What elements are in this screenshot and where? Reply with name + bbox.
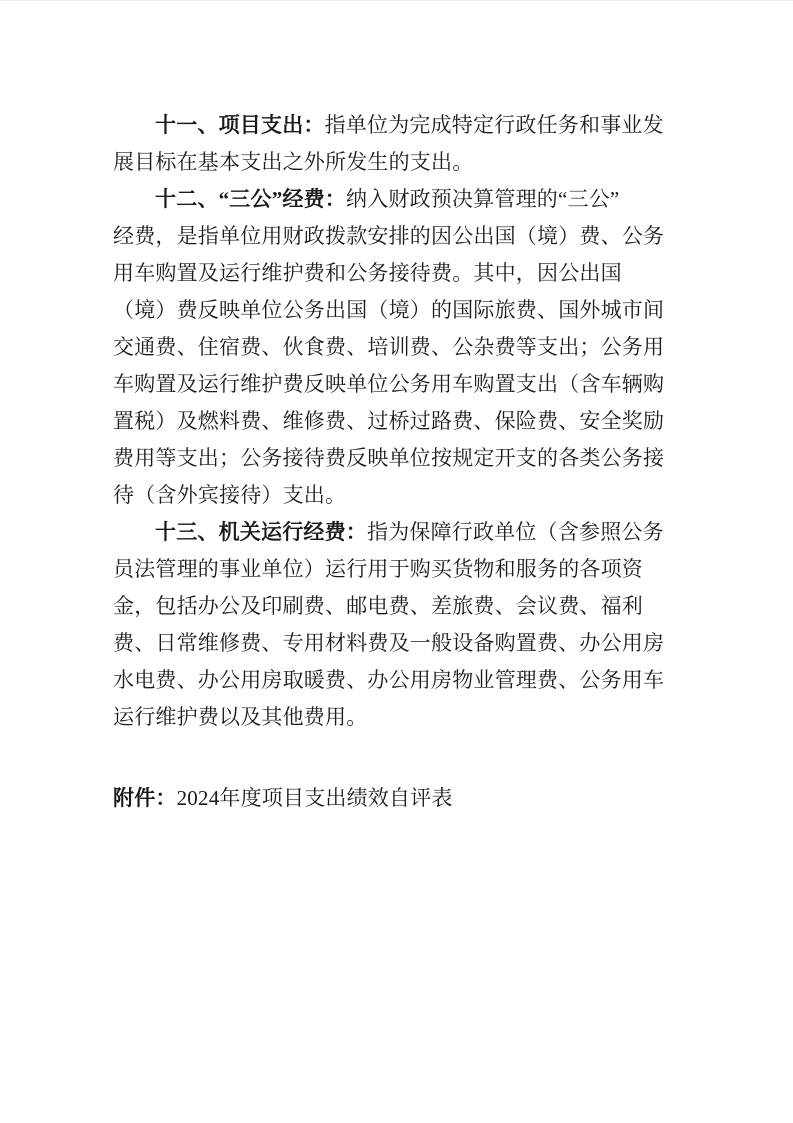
document-line: 运行维护费以及其他费用。 [113, 699, 693, 736]
line-text: 交通费、住宿费、伙食费、培训费、公杂费等支出；公务用 [113, 335, 664, 359]
line-heading: 十二、“三公”经费： [155, 187, 346, 211]
document-line: 交通费、住宿费、伙食费、培训费、公杂费等支出；公务用 [113, 329, 693, 366]
line-heading: 十三、机关运行经费： [155, 520, 367, 544]
document-line: 费用等支出；公务接待费反映单位按规定开支的各类公务接 [113, 440, 693, 477]
line-text: 展目标在基本支出之外所发生的支出。 [113, 150, 473, 174]
document-line: 员法管理的事业单位）运行用于购买货物和服务的各项资 [113, 551, 693, 588]
line-text: 置税）及燃料费、维修费、过桥过路费、保险费、安全奖励 [113, 409, 664, 433]
document-line: 置税）及燃料费、维修费、过桥过路费、保险费、安全奖励 [113, 403, 693, 440]
line-text: 待（含外宾接待）支出。 [113, 483, 346, 507]
document-line: 十二、“三公”经费：纳入财政预决算管理的“三公” [113, 181, 693, 218]
line-text: 用车购置及运行维护费和公务接待费。其中，因公出国 [113, 261, 622, 285]
document-line: （境）费反映单位公务出国（境）的国际旅费、国外城市间 [113, 292, 693, 329]
line-heading: 十一、项目支出： [155, 113, 325, 137]
attachment-line: 附件：2024年度项目支出绩效自评表 [113, 780, 693, 817]
document-line: 金，包括办公及印刷费、邮电费、差旅费、会议费、福利 [113, 588, 693, 625]
line-text: 指为保障行政单位（含参照公务 [367, 520, 664, 544]
document-line: 十一、项目支出：指单位为完成特定行政任务和事业发 [113, 107, 693, 144]
line-text: 水电费、办公用房取暖费、办公用房物业管理费、公务用车 [113, 668, 664, 692]
line-text: 运行维护费以及其他费用。 [113, 705, 367, 729]
document-line: 车购置及运行维护费反映单位公务用车购置支出（含车辆购 [113, 366, 693, 403]
document-line: 待（含外宾接待）支出。 [113, 477, 693, 514]
line-text: 车购置及运行维护费反映单位公务用车购置支出（含车辆购 [113, 372, 664, 396]
para-13-agency-operating-funds: 十三、机关运行经费：指为保障行政单位（含参照公务员法管理的事业单位）运行用于购买… [113, 514, 693, 736]
line-text: 费用等支出；公务接待费反映单位按规定开支的各类公务接 [113, 446, 664, 470]
line-text: 指单位为完成特定行政任务和事业发 [325, 113, 664, 137]
document-line: 费、日常维修费、专用材料费及一般设备购置费、办公用房 [113, 625, 693, 662]
document-body: 十一、项目支出：指单位为完成特定行政任务和事业发展目标在基本支出之外所发生的支出… [113, 107, 693, 817]
line-text: 金，包括办公及印刷费、邮电费、差旅费、会议费、福利 [113, 594, 643, 618]
document-line: 展目标在基本支出之外所发生的支出。 [113, 144, 693, 181]
document-line: 用车购置及运行维护费和公务接待费。其中，因公出国 [113, 255, 693, 292]
attachment-label: 附件： [113, 786, 177, 810]
document-line: 水电费、办公用房取暖费、办公用房物业管理费、公务用车 [113, 662, 693, 699]
document-line: 十三、机关运行经费：指为保障行政单位（含参照公务 [113, 514, 693, 551]
line-text: （境）费反映单位公务出国（境）的国际旅费、国外城市间 [113, 298, 664, 322]
para-12-three-public-funds: 十二、“三公”经费：纳入财政预决算管理的“三公”经费，是指单位用财政拨款安排的因… [113, 181, 693, 514]
line-text: 纳入财政预决算管理的“三公” [346, 187, 619, 211]
attachment-text: 2024年度项目支出绩效自评表 [177, 786, 453, 810]
document-page: 十一、项目支出：指单位为完成特定行政任务和事业发展目标在基本支出之外所发生的支出… [0, 0, 793, 1123]
line-text: 经费，是指单位用财政拨款安排的因公出国（境）费、公务 [113, 224, 664, 248]
line-text: 费、日常维修费、专用材料费及一般设备购置费、办公用房 [113, 631, 664, 655]
document-line: 经费，是指单位用财政拨款安排的因公出国（境）费、公务 [113, 218, 693, 255]
line-text: 员法管理的事业单位）运行用于购买货物和服务的各项资 [113, 557, 643, 581]
para-11-project-expenditure: 十一、项目支出：指单位为完成特定行政任务和事业发展目标在基本支出之外所发生的支出… [113, 107, 693, 181]
